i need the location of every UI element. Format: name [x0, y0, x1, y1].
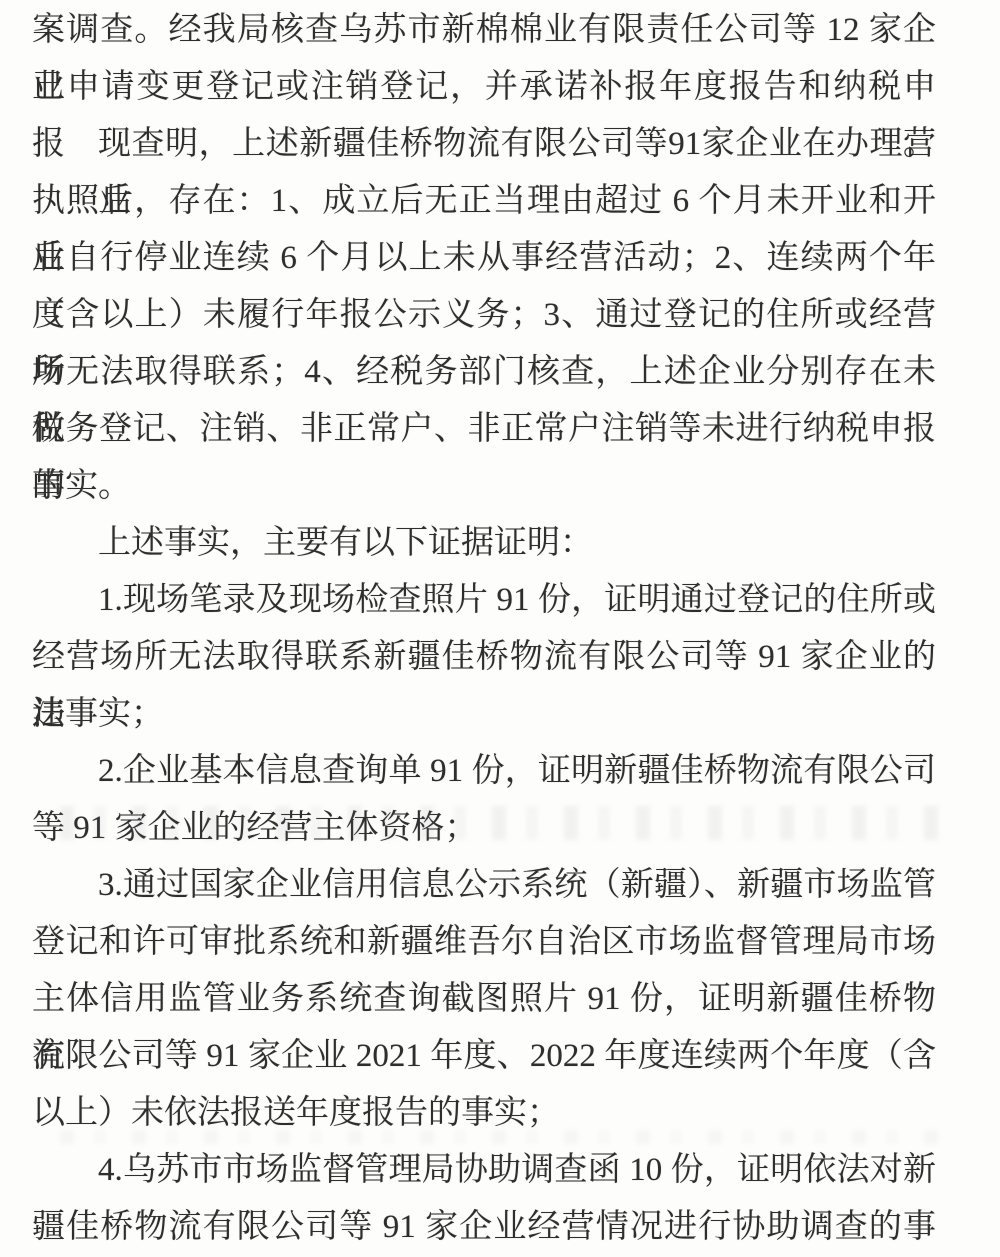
text-line: 所无法取得联系；4、经税务部门核查，上述企业分别存在未做: [32, 344, 936, 401]
text-line: 税务登记、注销、非正常户、非正常户注销等未进行纳税申报的: [32, 401, 936, 458]
text-line: 3.通过国家企业信用信息公示系统（新疆）、新疆市场监管: [32, 857, 936, 914]
text-line: 现查明，上述新疆佳桥物流有限公司等91家企业在办理营业: [32, 116, 936, 173]
text-line: 2.企业基本信息查询单 91 份，证明新疆佳桥物流有限公司: [32, 743, 936, 800]
text-line: 疆佳桥物流有限公司等 91 家企业经营情况进行协助调查的事: [32, 1199, 936, 1256]
text-line: 等 91 家企业的经营主体资格；: [32, 800, 936, 857]
text-line: 有限公司等 91 家企业 2021 年度、2022 年度连续两个年度（含: [32, 1028, 936, 1085]
text-line: 经营场所无法取得联系新疆佳桥物流有限公司等 91 家企业的违: [32, 629, 936, 686]
text-line: 4.乌苏市市场监督管理局协助调查函 10 份，证明依法对新: [32, 1142, 936, 1199]
text-line: 上述事实，主要有以下证据证明：: [32, 515, 936, 572]
text-line: 后自行停业连续 6 个月以上未从事经营活动；2、连续两个年度: [32, 230, 936, 287]
text-line: （含以上）未履行年报公示义务；3、通过登记的住所或经营场: [32, 287, 936, 344]
text-line: 1.现场笔录及现场检查照片 91 份，证明通过登记的住所或: [32, 572, 936, 629]
text-line: 案调查。经我局核查乌苏市新棉棉业有限责任公司等 12 家企业: [32, 2, 936, 59]
text-line: 已申请变更登记或注销登记，并承诺补报年度报告和纳税申报。: [32, 59, 936, 116]
text-line: 以上）未依法报送年度报告的事实；: [32, 1085, 936, 1142]
text-line: 法事实；: [32, 686, 936, 743]
document-body: 案调查。经我局核查乌苏市新棉棉业有限责任公司等 12 家企业已申请变更登记或注销…: [32, 2, 936, 1256]
text-line: 主体信用监管业务系统查询截图照片 91 份，证明新疆佳桥物流: [32, 971, 936, 1028]
document-page: 案调查。经我局核查乌苏市新棉棉业有限责任公司等 12 家企业已申请变更登记或注销…: [0, 0, 1000, 1257]
text-line: 登记和许可审批系统和新疆维吾尔自治区市场监督管理局市场: [32, 914, 936, 971]
text-line: 事实。: [32, 458, 936, 515]
text-line: 执照后，存在：1、成立后无正当理由超过 6 个月未开业和开业: [32, 173, 936, 230]
